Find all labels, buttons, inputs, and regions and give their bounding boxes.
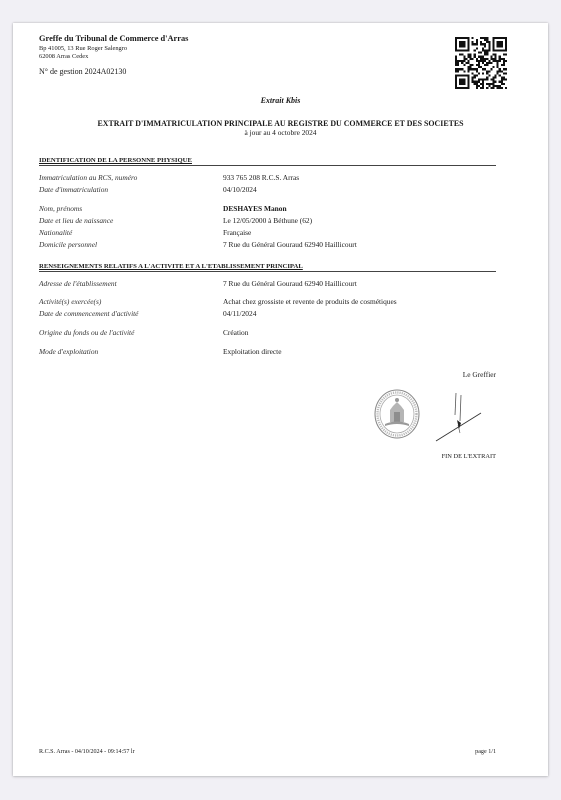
- field-label: Nom, prénoms: [39, 204, 82, 213]
- document-page: Greffe du Tribunal de Commerce d'Arras B…: [13, 23, 548, 776]
- section-heading-identification: IDENTIFICATION DE LA PERSONNE PHYSIQUE: [39, 156, 496, 166]
- field-row: Adresse de l'établissement 7 Rue du Géné…: [39, 279, 496, 289]
- field-label: Immatriculation au RCS, numéro: [39, 173, 137, 182]
- greffe-name: Greffe du Tribunal de Commerce d'Arras: [39, 34, 188, 43]
- field-row: Nom, prénoms DESHAYES Manon: [39, 204, 496, 214]
- document-title: EXTRAIT D'IMMATRICULATION PRINCIPALE AU …: [13, 119, 548, 128]
- field-value: 933 765 208 R.C.S. Arras: [223, 173, 299, 182]
- field-value: Achat chez grossiste et revente de produ…: [223, 297, 397, 306]
- greffe-address-line2: 62008 Arras Cedex: [39, 53, 88, 60]
- field-label: Date et lieu de naissance: [39, 216, 113, 225]
- field-value: 04/10/2024: [223, 185, 257, 194]
- field-row: Activité(s) exercée(s) Achat chez grossi…: [39, 297, 496, 307]
- field-label: Activité(s) exercée(s): [39, 297, 101, 306]
- field-value: Création: [223, 328, 248, 337]
- page-number: page 1/1: [475, 749, 496, 755]
- field-row: Domicile personnel 7 Rue du Général Gour…: [39, 240, 496, 250]
- field-value: 7 Rue du Général Gouraud 62940 Haillicou…: [223, 279, 357, 288]
- handwritten-signature-icon: [431, 385, 485, 445]
- field-label: Domicile personnel: [39, 240, 97, 249]
- greffe-address-line1: Bp 41005, 13 Rue Roger Salengro: [39, 45, 127, 52]
- field-value: Française: [223, 228, 251, 237]
- field-value: 7 Rue du Général Gouraud 62940 Haillicou…: [223, 240, 357, 249]
- end-of-extract-label: FIN DE L'EXTRAIT: [442, 453, 496, 460]
- section-heading-activite: RENSEIGNEMENTS RELATIFS A L'ACTIVITE ET …: [39, 262, 496, 272]
- greffier-label: Le Greffier: [463, 370, 496, 379]
- field-label: Date d'immatriculation: [39, 185, 108, 194]
- field-value: DESHAYES Manon: [223, 204, 287, 213]
- tribunal-seal-icon: [373, 388, 421, 440]
- field-label: Mode d'exploitation: [39, 347, 98, 356]
- field-label: Nationalité: [39, 228, 72, 237]
- field-row: Nationalité Française: [39, 228, 496, 238]
- field-label: Adresse de l'établissement: [39, 279, 117, 288]
- field-row: Date de commencement d'activité 04/11/20…: [39, 309, 496, 319]
- field-label: Origine du fonds ou de l'activité: [39, 328, 134, 337]
- field-label: Date de commencement d'activité: [39, 309, 138, 318]
- document-type: Extrait Kbis: [13, 96, 548, 105]
- footer-reference: R.C.S. Arras - 04/10/2024 - 09:14:57 lr: [39, 749, 135, 755]
- document-subtitle: à jour au 4 octobre 2024: [13, 128, 548, 137]
- field-value: 04/11/2024: [223, 309, 256, 318]
- field-row: Date d'immatriculation 04/10/2024: [39, 185, 496, 195]
- qr-code-icon: [455, 37, 507, 89]
- field-value: Le 12/05/2000 à Béthune (62): [223, 216, 312, 225]
- field-row: Mode d'exploitation Exploitation directe: [39, 347, 496, 357]
- gestion-number: N° de gestion 2024A02130: [39, 67, 126, 76]
- field-row: Origine du fonds ou de l'activité Créati…: [39, 328, 496, 338]
- field-row: Immatriculation au RCS, numéro 933 765 2…: [39, 173, 496, 183]
- field-row: Date et lieu de naissance Le 12/05/2000 …: [39, 216, 496, 226]
- field-value: Exploitation directe: [223, 347, 282, 356]
